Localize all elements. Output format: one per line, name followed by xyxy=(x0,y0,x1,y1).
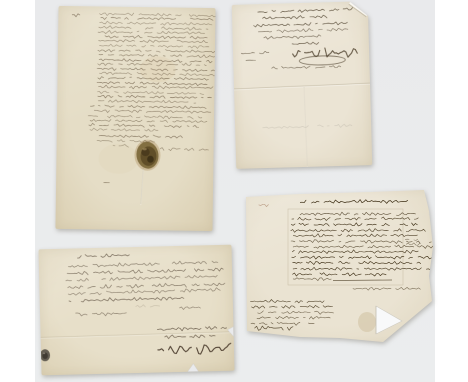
subscription-line xyxy=(272,65,341,70)
body-lower xyxy=(88,105,211,133)
manuscript-tall-left-wrap xyxy=(55,6,215,231)
salutation xyxy=(77,253,129,258)
signature xyxy=(158,343,231,355)
dateline xyxy=(76,312,127,317)
page-mark xyxy=(72,14,80,17)
manuscript-bottom-right xyxy=(240,189,436,345)
body-lines xyxy=(65,260,225,303)
signature xyxy=(292,47,357,59)
date-line-1 xyxy=(241,51,269,54)
marginal-note-right xyxy=(405,239,419,245)
madam-word xyxy=(180,306,201,309)
date-line-2 xyxy=(246,59,260,61)
testibus-line xyxy=(292,42,323,45)
text-line xyxy=(262,15,327,20)
text-line xyxy=(264,34,330,39)
fold-crease-horizontal xyxy=(234,83,370,90)
docket-line xyxy=(160,148,208,152)
faint-word xyxy=(136,304,165,307)
seal-stain xyxy=(358,312,376,332)
foxing-stain xyxy=(98,143,138,174)
closing-short-line xyxy=(293,278,331,281)
letter-bottom-left-ink xyxy=(38,245,234,376)
marginal-numeral xyxy=(259,204,269,206)
paper-hole-triangle xyxy=(376,306,402,334)
dog-ear-fold xyxy=(349,2,367,17)
foxing-stain xyxy=(140,56,176,83)
heading-line xyxy=(300,200,407,204)
body-lines xyxy=(291,212,433,276)
closing-line-1 xyxy=(99,134,182,138)
photo-of-four-manuscripts xyxy=(0,0,468,382)
text-line xyxy=(258,27,348,33)
attestation-block xyxy=(251,300,334,326)
signature-paraph xyxy=(299,55,345,65)
docket-line-right xyxy=(353,287,420,290)
wax-seal xyxy=(134,139,160,170)
closing-line-2 xyxy=(165,334,215,339)
manuscript-top-right xyxy=(232,1,373,169)
closing-rule xyxy=(333,280,392,281)
text-line xyxy=(258,8,353,14)
manuscript-top-right-ink xyxy=(232,1,373,169)
faint-address-line xyxy=(263,124,362,130)
manuscript-bottom-right-ink xyxy=(240,189,436,345)
fold-crease xyxy=(141,168,144,205)
wax-residue xyxy=(40,349,50,361)
letter-bottom-left-wrap xyxy=(38,245,234,376)
manuscript-top-right-wrap xyxy=(232,1,373,169)
letter-bottom-left xyxy=(38,245,234,376)
closing-line-1 xyxy=(157,326,226,331)
manuscript-bottom-right-wrap xyxy=(240,189,436,345)
text-line xyxy=(254,21,353,27)
manuscript-tall-left xyxy=(55,6,215,231)
manuscript-tall-left-ink xyxy=(55,6,215,231)
edge-tear-bottom xyxy=(187,364,198,372)
attestation-flourish xyxy=(255,326,293,330)
